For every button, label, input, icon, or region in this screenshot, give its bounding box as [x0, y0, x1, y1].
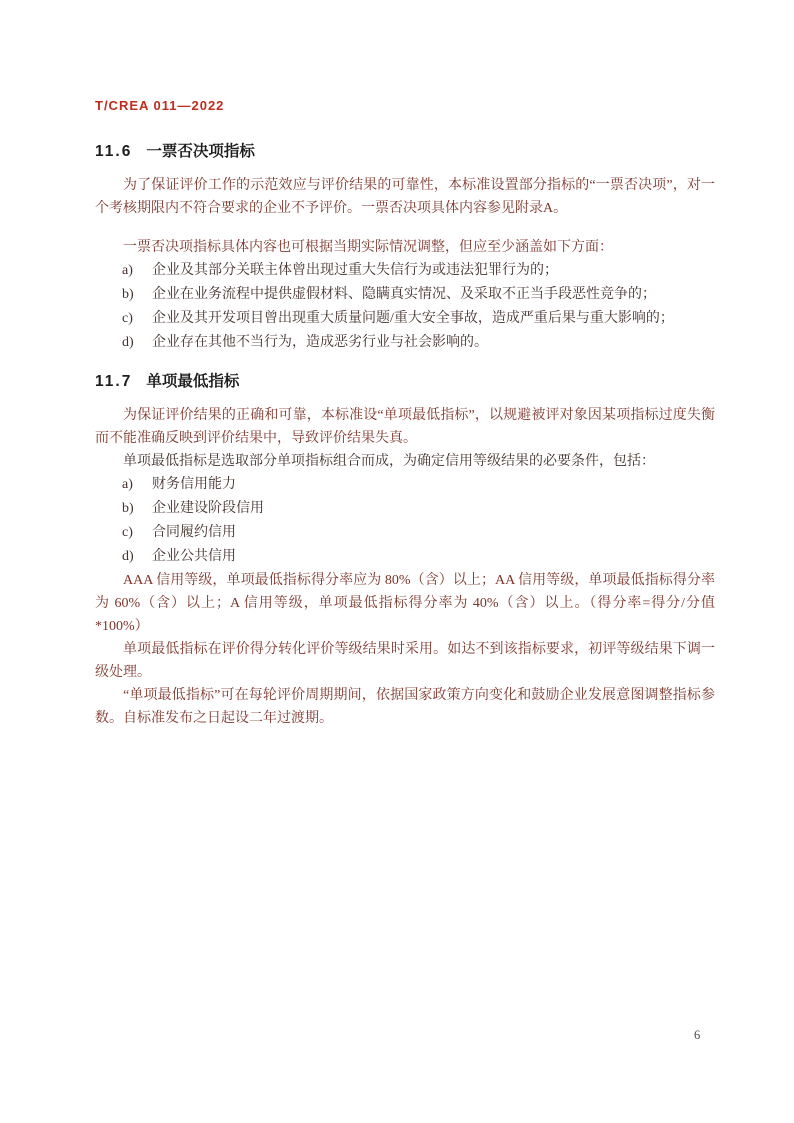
section-11-7-heading: 11.7单项最低指标 [95, 369, 715, 391]
list-item-label: b) [122, 283, 134, 307]
list-item: d) 企业存在其他不当行为，造成恶劣行业与社会影响的。 [95, 331, 715, 355]
list-item-text: 企业及其部分关联主体曾出现过重大失信行为或违法犯罪行为的； [152, 263, 558, 278]
list-item-text: 企业在业务流程中提供虚假材料、隐瞒真实情况、及采取不正当手段恶性竞争的； [152, 287, 656, 302]
list-item: c) 合同履约信用 [95, 521, 715, 545]
section-11-7-application-paragraph: 单项最低指标在评价得分转化评价等级结果时采用。如达不到该指标要求，初评等级结果下… [95, 638, 715, 684]
list-item-label: a) [122, 473, 133, 497]
section-11-7-purpose-paragraph: 为保证评价结果的正确和可靠，本标准设“单项最低指标”，以规避被评对象因某项指标过… [95, 404, 715, 450]
section-11-7-thresholds-paragraph: AAA 信用等级，单项最低指标得分率应为 80%（含）以上；AA 信用等级，单项… [95, 569, 715, 638]
list-item-label: a) [122, 259, 133, 283]
section-11-7-composition-paragraph: 单项最低指标是选取部分单项指标组合而成，为确定信用等级结果的必要条件，包括： [95, 450, 715, 473]
section-11-7-number: 11.7 [95, 373, 132, 390]
list-item-text: 企业存在其他不当行为，造成恶劣行业与社会影响的。 [152, 335, 488, 350]
standard-code: T/CREA 011—2022 [95, 98, 715, 113]
document-page: { "doc": { "standard_code": "T/CREA 011—… [0, 0, 794, 1123]
page-body: T/CREA 011—2022 11.6一票否决项指标 为了保证评价工作的示范效… [95, 98, 715, 730]
section-11-6-adjust-note: 一票否决项指标具体内容也可根据当期实际情况调整，但应至少涵盖如下方面： [95, 236, 715, 259]
list-item-text: 企业及其开发项目曾出现重大质量问题/重大安全事故，造成严重后果与重大影响的； [152, 311, 674, 326]
section-11-7-adjustment-paragraph: “单项最低指标”可在每轮评价周期期间，依据国家政策方向变化和鼓励企业发展意图调整… [95, 684, 715, 730]
list-item: a) 企业及其部分关联主体曾出现过重大失信行为或违法犯罪行为的； [95, 259, 715, 283]
list-item-label: b) [122, 497, 134, 521]
list-item: b) 企业建设阶段信用 [95, 497, 715, 521]
section-11-6-intro-paragraph: 为了保证评价工作的示范效应与评价结果的可靠性，本标准设置部分指标的“一票否决项”… [95, 174, 715, 220]
list-item-text: 企业公共信用 [152, 549, 236, 564]
section-11-6-heading: 11.6一票否决项指标 [95, 139, 715, 161]
section-11-6-title: 一票否决项指标 [146, 143, 255, 160]
list-item-text: 合同履约信用 [152, 525, 236, 540]
list-item-label: c) [122, 521, 133, 545]
list-item-text: 财务信用能力 [152, 477, 236, 492]
section-11-7-title: 单项最低指标 [146, 373, 239, 390]
list-item-text: 企业建设阶段信用 [152, 501, 264, 516]
list-item-label: d) [122, 545, 134, 569]
list-item: b) 企业在业务流程中提供虚假材料、隐瞒真实情况、及采取不正当手段恶性竞争的； [95, 283, 715, 307]
page-number: 6 [694, 1028, 700, 1043]
list-item: c) 企业及其开发项目曾出现重大质量问题/重大安全事故，造成严重后果与重大影响的… [95, 307, 715, 331]
list-item-label: c) [122, 307, 133, 331]
list-item-label: d) [122, 331, 134, 355]
list-item: d) 企业公共信用 [95, 545, 715, 569]
blank-line [95, 220, 715, 236]
list-item: a) 财务信用能力 [95, 473, 715, 497]
section-11-6-number: 11.6 [95, 143, 132, 160]
